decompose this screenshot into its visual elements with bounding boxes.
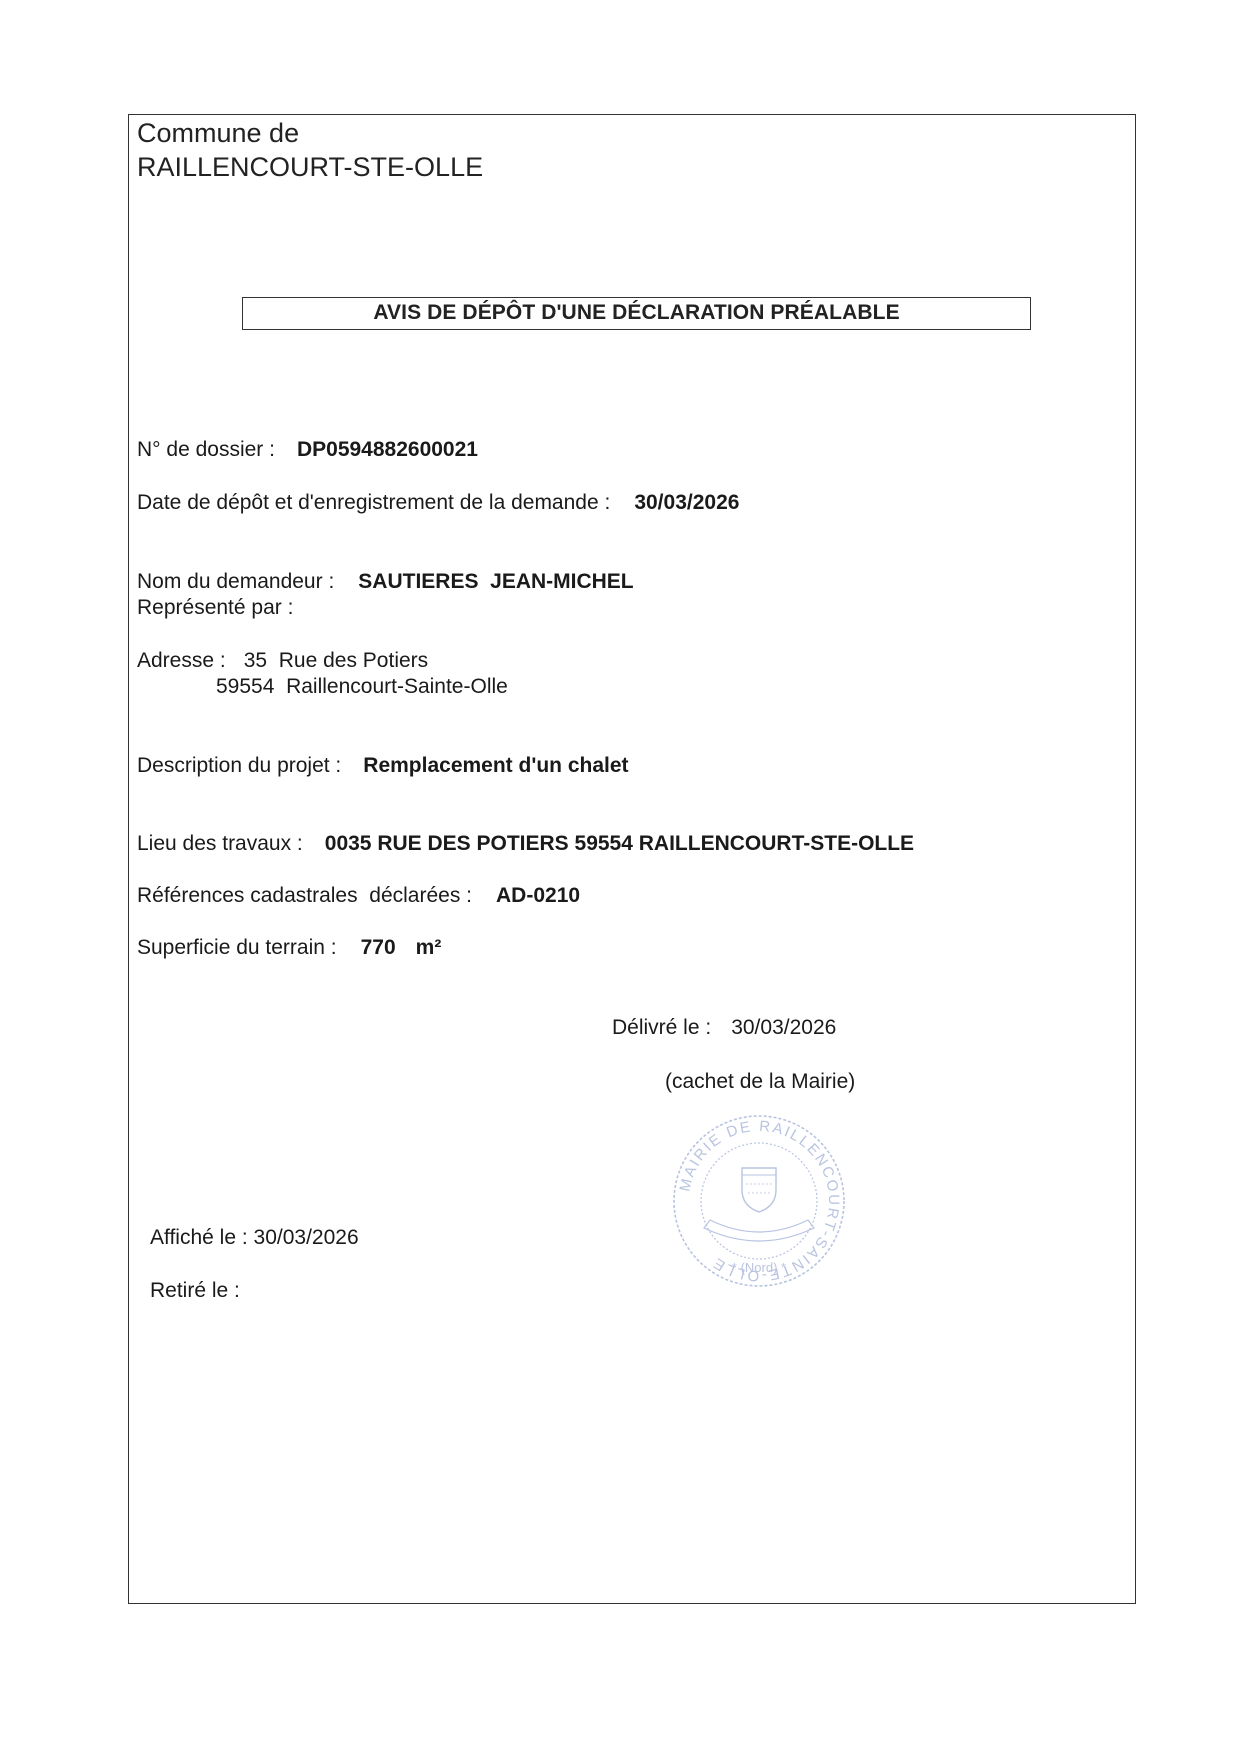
superficie-value: 770	[361, 936, 396, 959]
seal-icon: MAIRIE DE RAILLENCOURT-SAINTE-OLLE * (No…	[670, 1112, 848, 1290]
date-depot-row: Date de dépôt et d'enregistrement de la …	[137, 490, 739, 516]
adresse-line2-row: 59554 Raillencourt-Sainte-Olle	[216, 674, 508, 700]
retire-row: Retiré le :	[150, 1278, 240, 1304]
cadastre-value: AD-0210	[496, 884, 580, 907]
commune-name: RAILLENCOURT-STE-OLLE	[137, 150, 483, 184]
superficie-label: Superficie du terrain :	[137, 936, 337, 959]
affiche-label: Affiché le :	[150, 1226, 248, 1249]
adresse-row: Adresse :35 Rue des Potiers	[137, 648, 428, 674]
dossier-row: N° de dossier :DP0594882600021	[137, 437, 478, 463]
demandeur-name: SAUTIERES JEAN-MICHEL	[358, 570, 633, 593]
demandeur-row: Nom du demandeur :SAUTIERES JEAN-MICHEL	[137, 569, 634, 595]
affiche-date: 30/03/2026	[254, 1226, 359, 1249]
affiche-row: Affiché le : 30/03/2026	[150, 1225, 359, 1251]
document-title: AVIS DE DÉPÔT D'UNE DÉCLARATION PRÉALABL…	[242, 297, 1031, 330]
cadastre-row: Références cadastrales déclarées :AD-021…	[137, 883, 580, 909]
date-depot-value: 30/03/2026	[634, 491, 739, 514]
dossier-label: N° de dossier :	[137, 438, 275, 461]
delivre-label: Délivré le :	[612, 1016, 711, 1039]
cadastre-label: Références cadastrales déclarées :	[137, 884, 472, 907]
adresse-line1: 35 Rue des Potiers	[244, 649, 428, 672]
adresse-line2: 59554 Raillencourt-Sainte-Olle	[216, 675, 508, 698]
represente-row: Représenté par :	[137, 595, 293, 621]
delivre-date: 30/03/2026	[731, 1016, 836, 1039]
adresse-label: Adresse :	[137, 649, 226, 672]
date-depot-label: Date de dépôt et d'enregistrement de la …	[137, 491, 610, 514]
document-frame	[128, 114, 1136, 1604]
svg-text:* (Nord) *: * (Nord) *	[732, 1260, 786, 1275]
commune-header: Commune de RAILLENCOURT-STE-OLLE	[137, 116, 483, 184]
description-label: Description du projet :	[137, 754, 341, 777]
mairie-stamp: MAIRIE DE RAILLENCOURT-SAINTE-OLLE * (No…	[670, 1112, 848, 1290]
delivre-row: Délivré le :30/03/2026	[612, 1015, 836, 1041]
lieu-row: Lieu des travaux :0035 RUE DES POTIERS 5…	[137, 831, 914, 857]
commune-label: Commune de	[137, 116, 483, 150]
description-row: Description du projet :Remplacement d'un…	[137, 753, 629, 779]
lieu-value: 0035 RUE DES POTIERS 59554 RAILLENCOURT-…	[325, 832, 914, 855]
represente-label: Représenté par :	[137, 596, 293, 619]
superficie-row: Superficie du terrain :770m²	[137, 935, 441, 961]
demandeur-label: Nom du demandeur :	[137, 570, 334, 593]
superficie-unit: m²	[416, 936, 442, 959]
dossier-number: DP0594882600021	[297, 438, 478, 461]
stamp-caption: (cachet de la Mairie)	[665, 1069, 855, 1095]
retire-label: Retiré le :	[150, 1279, 240, 1302]
lieu-label: Lieu des travaux :	[137, 832, 303, 855]
description-value: Remplacement d'un chalet	[363, 754, 628, 777]
